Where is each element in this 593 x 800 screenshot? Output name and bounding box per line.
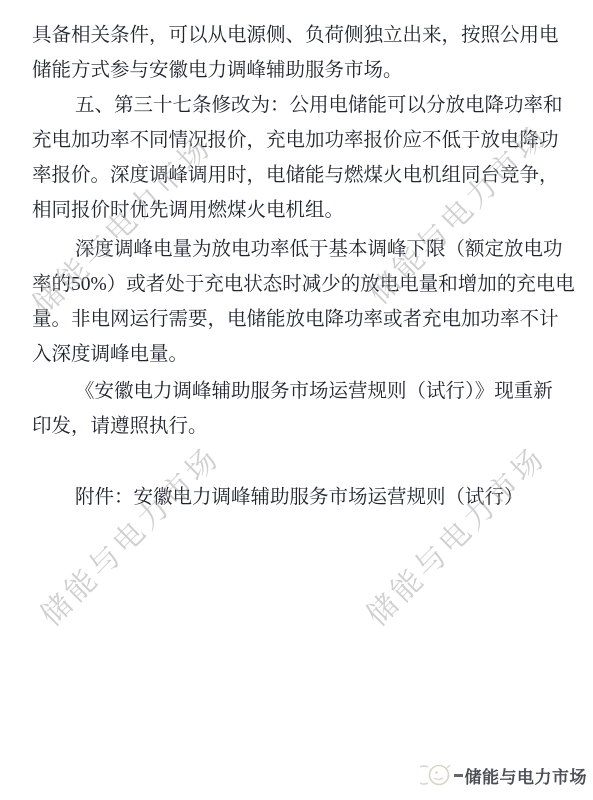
text-line: 入深度调峰电量。 xyxy=(32,337,562,372)
text-line: 量。非电网运行需要，电储能放电降功率或者充电加功率不计 xyxy=(32,302,562,337)
document-body: 具备相关条件，可以从电源侧、负荷侧独立出来，按照公用电储能方式参与安徽电力调峰辅… xyxy=(32,18,562,515)
paragraph: 《安徽电力调峰辅助服务市场运营规则（试行）》现重新印发，请遵照执行。 xyxy=(32,374,562,444)
text-line: 率报价。深度调峰调用时，电储能与燃煤火电机组同台竞争， xyxy=(32,158,562,193)
footer-brand[interactable]: 储能与电力市场 xyxy=(420,758,588,792)
paragraph: 附件：安徽电力调峰辅助服务市场运营规则（试行） xyxy=(32,480,562,515)
document-page: 储能与电力市场储能与电力市场储能与电力市场储能与电力市场 具备相关条件，可以从电… xyxy=(0,0,593,800)
text-line: 充电加功率不同情况报价，充电加功率报价应不低于放电降功 xyxy=(32,123,562,158)
text-line: 深度调峰电量为放电功率低于基本调峰下限（额定放电功 xyxy=(32,232,562,267)
paragraph: 五、第三十七条修改为：公用电储能可以分放电降功率和充电加功率不同情况报价，充电加… xyxy=(32,88,562,228)
text-line: 相同报价时优先调用燃煤火电机组。 xyxy=(32,193,562,228)
text-line: 储能方式参与安徽电力调峰辅助服务市场。 xyxy=(32,53,562,88)
paragraph: 具备相关条件，可以从电源侧、负荷侧独立出来，按照公用电储能方式参与安徽电力调峰辅… xyxy=(32,18,562,88)
paragraph: 深度调峰电量为放电功率低于基本调峰下限（额定放电功率的50%）或者处于充电状态时… xyxy=(32,232,562,372)
whale-face-logo-icon xyxy=(420,758,454,792)
text-line: 具备相关条件，可以从电源侧、负荷侧独立出来，按照公用电 xyxy=(32,18,562,53)
text-line: 五、第三十七条修改为：公用电储能可以分放电降功率和 xyxy=(32,88,562,123)
text-line: 《安徽电力调峰辅助服务市场运营规则（试行）》现重新 xyxy=(32,374,562,409)
brand-dash xyxy=(454,774,463,777)
text-line: 附件：安徽电力调峰辅助服务市场运营规则（试行） xyxy=(32,480,562,515)
brand-name: 储能与电力市场 xyxy=(465,763,588,788)
text-line: 印发，请遵照执行。 xyxy=(32,409,562,444)
text-line: 率的50%）或者处于充电状态时减少的放电电量和增加的充电电 xyxy=(32,267,562,302)
